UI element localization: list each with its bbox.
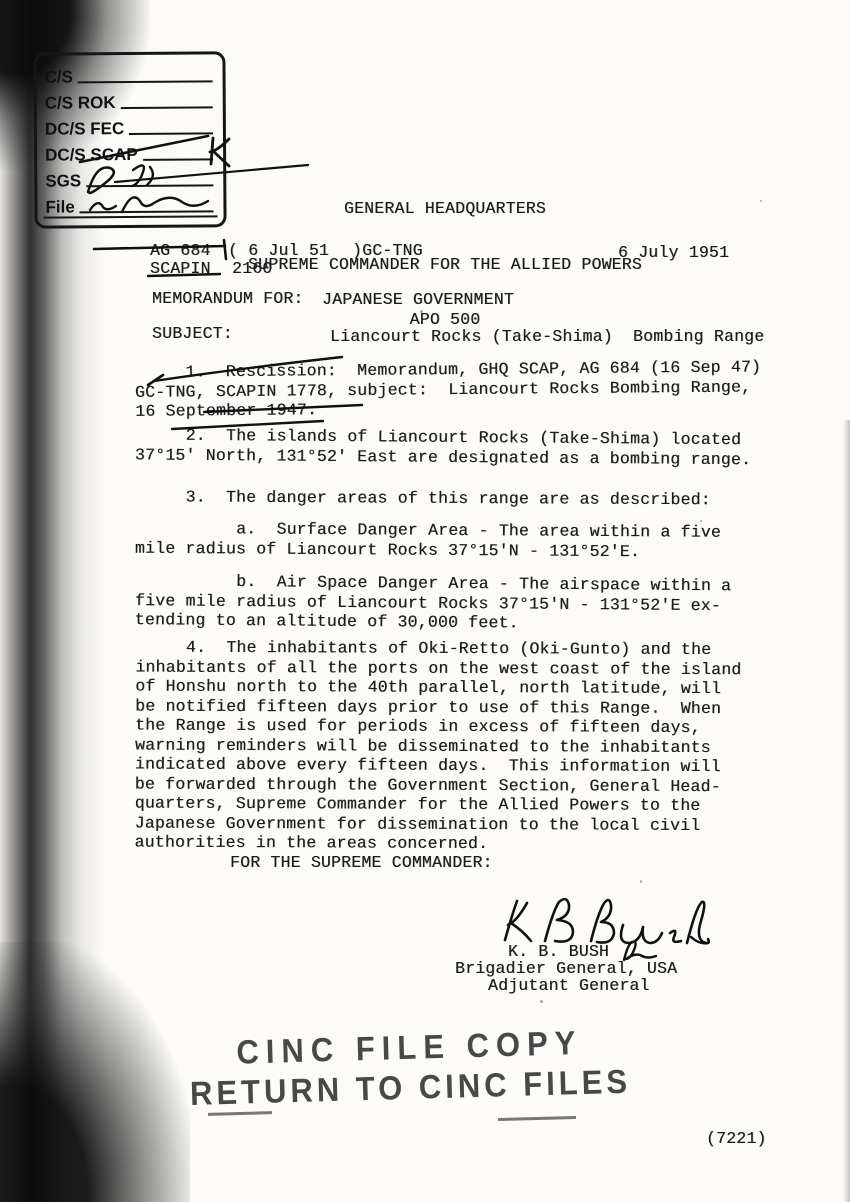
routing-row-sgs: SGS [45,164,215,191]
ag-file-number: AG 684 [150,241,211,261]
paragraph-3-danger-areas: 3. The danger areas of this range are as… [135,487,795,510]
routing-box-inner-line [44,215,218,218]
routing-label-dcs-scap: DC/S SCAP [45,145,138,166]
page-number: (7221) [706,1129,767,1149]
memorandum-for-label: MEMORANDUM FOR: [152,289,304,309]
routing-label-file: File [45,197,74,217]
routing-row-file: File [45,190,215,217]
stamp-underline-dash [208,1111,272,1116]
routing-row-cs-rok: C/S ROK [45,86,215,113]
paragraph-3b-airspace-danger-area: b. Air Space Danger Area - The airspace … [135,571,795,635]
subject-value: Liancourt Rocks (Take-Shima) Bombing Ran… [330,327,764,347]
routing-rule [78,80,213,83]
routing-stamp-box: C/S C/S ROK DC/S FEC DC/S SCAP SGS File [33,51,226,228]
routing-rule [86,184,213,187]
routing-label-cs-rok: C/S ROK [45,93,116,113]
cinc-file-stamp: CINC FILE COPY RETURN TO CINC FILES [149,1023,671,1113]
routing-label-cs: C/S [44,67,72,87]
signer-title: Adjutant General [488,976,650,996]
routing-row-dcs-scap: DC/S SCAP [45,138,215,165]
document-date: 6 July 1951 [618,243,729,263]
scan-edge-shadow-right [843,420,850,1202]
signature-script-k-b-bush [495,893,710,948]
routing-label-sgs: SGS [45,171,81,191]
scapin-label: SCAPIN [150,259,211,279]
ref-office-symbol: )GC-TNG [352,241,423,261]
routing-rule [143,158,213,160]
routing-rule [129,132,213,135]
paragraph-1-rescission: 1. Rescission: Memorandum, GHQ SCAP, AG … [135,357,795,421]
subject-label: SUBJECT: [152,324,233,344]
routing-row-cs: C/S [44,60,214,87]
paragraph-3a-surface-danger-area: a. Surface Danger Area - The area within… [135,519,795,563]
routing-rule [80,210,214,213]
memorandum-for-value: JAPANESE GOVERNMENT [322,290,514,310]
paragraph-4-notification: 4. The inhabitants of Oki-Retto (Oki-Gun… [135,638,796,855]
ref-date-parenthetical: ( 6 Jul 51 [228,241,329,261]
routing-rule [121,106,213,109]
letterhead-line1: GENERAL HEADQUARTERS [205,200,685,219]
scapin-number: 2160 [232,259,272,279]
scan-speck [640,880,642,883]
paragraph-2-designation: 2. The islands of Liancourt Rocks (Take-… [135,425,795,469]
routing-label-dcs-fec: DC/S FEC [45,119,124,140]
stamp-underline-dash [498,1116,576,1121]
scan-speck [540,1000,543,1003]
authority-line: FOR THE SUPREME COMMANDER: [230,853,493,873]
routing-row-dcs-fec: DC/S FEC [45,112,215,139]
memorandum-page: C/S C/S ROK DC/S FEC DC/S SCAP SGS File [0,0,850,1202]
scan-speck [760,200,762,202]
